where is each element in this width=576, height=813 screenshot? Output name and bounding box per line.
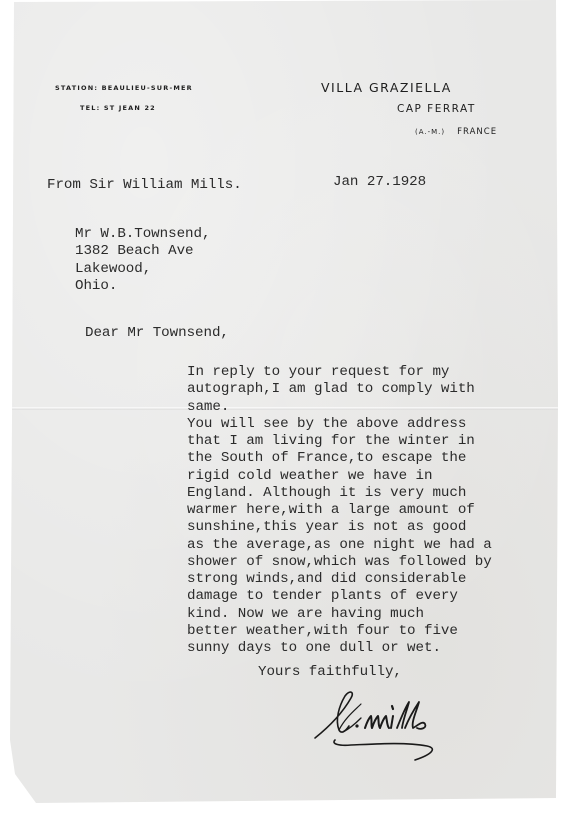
body-line: rigid cold weather we have in: [187, 468, 492, 485]
letterhead-villa-name: Villa Graziella: [321, 80, 452, 95]
body-line: same.: [187, 399, 492, 416]
body-line: as the average,as one night we had a: [187, 537, 492, 554]
body-line: that I am living for the winter in: [187, 433, 492, 450]
letterhead-country: France: [457, 127, 497, 137]
letterhead-place: Cap Ferrat: [397, 103, 476, 115]
body-line: sunshine,this year is not as good: [187, 519, 492, 536]
body-line: England. Although it is very much: [187, 485, 492, 502]
address-line: 1382 Beach Ave: [75, 243, 210, 260]
body-line: You will see by the above address: [187, 416, 492, 433]
body-line: In reply to your request for my: [187, 364, 492, 381]
address-line: Lakewood,: [75, 261, 210, 278]
body-line: kind. Now we are having much: [187, 606, 492, 623]
recipient-address: Mr W.B.Townsend, 1382 Beach Ave Lakewood…: [75, 226, 210, 295]
salutation: Dear Mr Townsend,: [85, 325, 229, 342]
body-line: autograph,I am glad to comply with: [187, 381, 492, 398]
body-line: strong winds,and did considerable: [187, 571, 492, 588]
letter-date: Jan 27.1928: [333, 174, 426, 191]
letterhead-station: Station: Beaulieu-sur-Mer: [55, 84, 193, 92]
body-line: warmer here,with a large amount of: [187, 502, 492, 519]
body-line: better weather,with four to five: [187, 623, 492, 640]
closing: Yours faithfully,: [258, 664, 402, 681]
handwritten-signature-icon: [305, 688, 465, 773]
letterhead-region-line: (A.-M.) France: [415, 123, 497, 141]
letterhead-region: (A.-M.): [415, 128, 445, 136]
body-line: sunny days to one dull or wet.: [187, 640, 492, 657]
body-line: damage to tender plants of every: [187, 588, 492, 605]
letter-body: In reply to your request for my autograp…: [187, 364, 492, 657]
address-line: Ohio.: [75, 278, 210, 295]
letter-paper: Station: Beaulieu-sur-Mer Tel: St Jean 2…: [0, 0, 576, 813]
address-line: Mr W.B.Townsend,: [75, 226, 210, 243]
body-line: shower of snow,which was followed by: [187, 554, 492, 571]
body-line: the South of France,to escape the: [187, 450, 492, 467]
letterhead-telephone: Tel: St Jean 22: [80, 104, 156, 112]
sender-line: From Sir William Mills.: [47, 177, 242, 194]
